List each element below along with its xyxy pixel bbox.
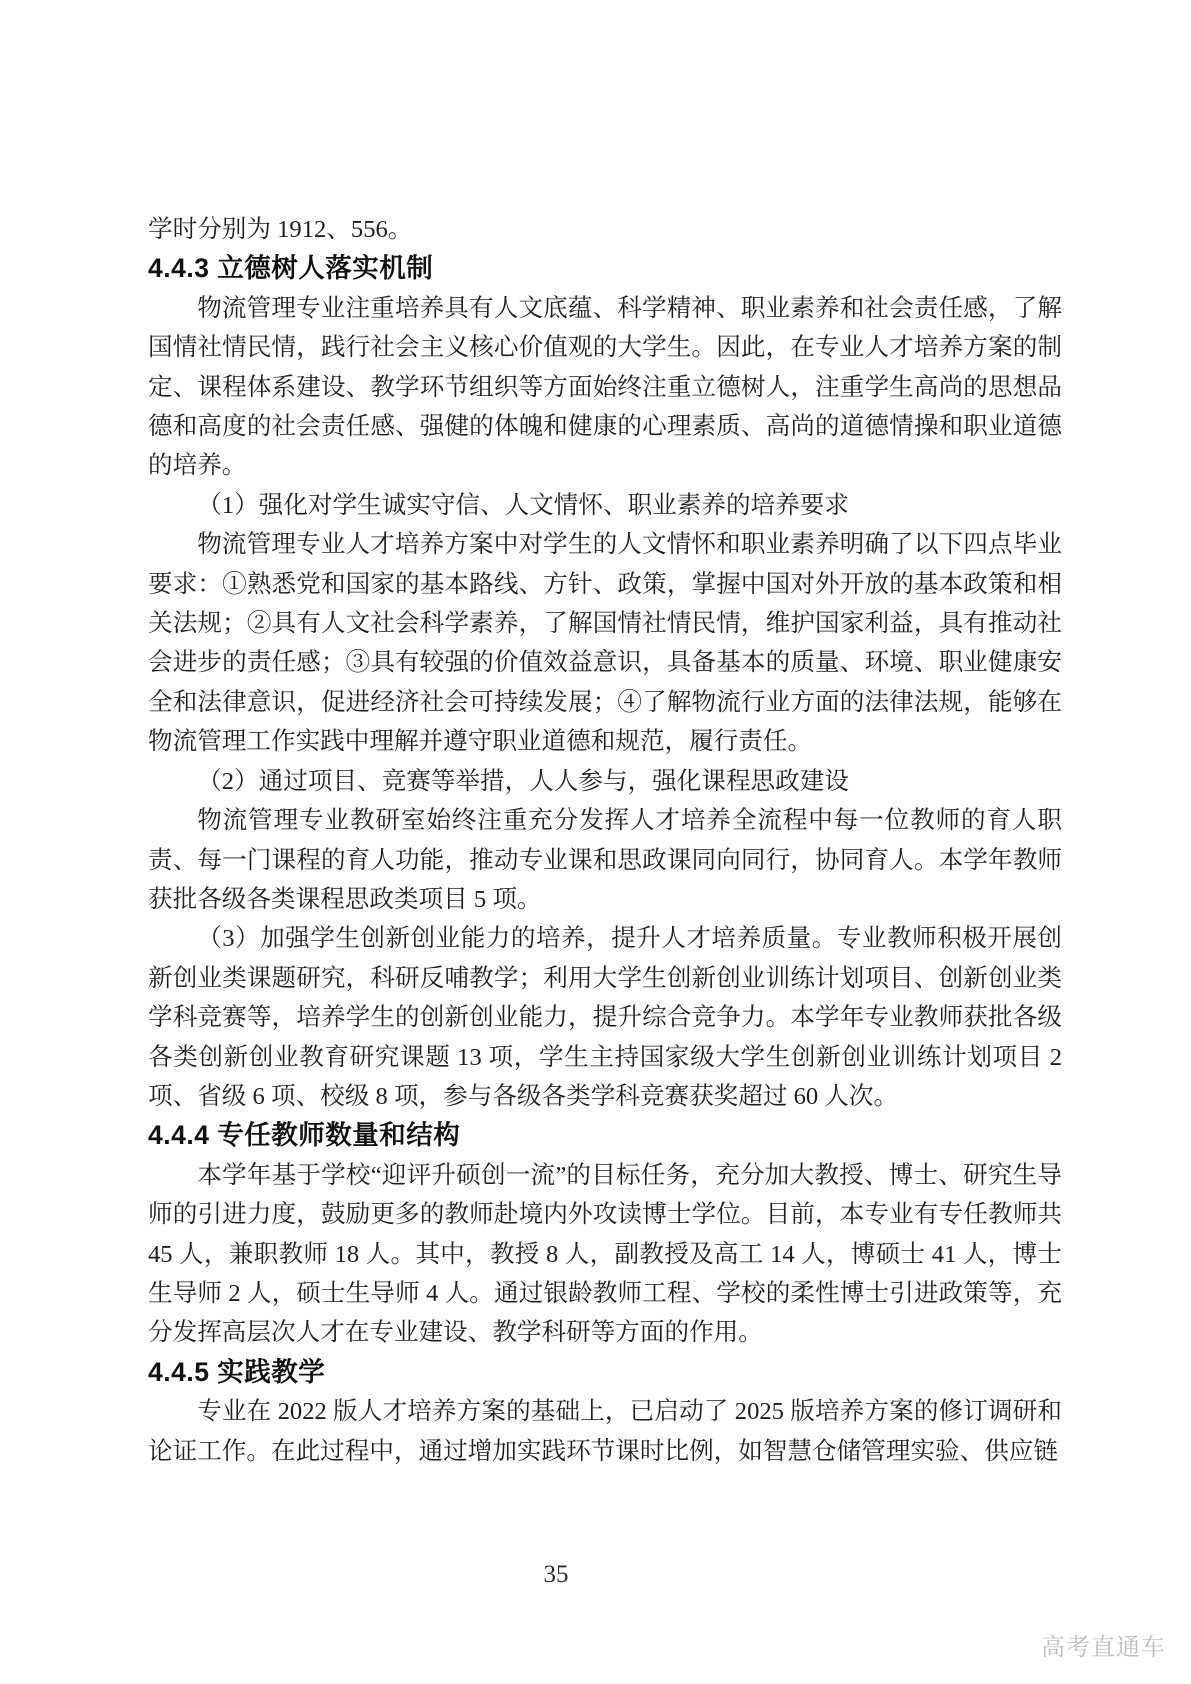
section-heading: 4.4.3 立德树人落实机制 — [148, 249, 1062, 288]
paragraph: 物流管理专业注重培养具有人文底蕴、科学精神、职业素养和社会责任感，了解国情社情民… — [148, 289, 1062, 486]
paragraph: 物流管理专业教研室始终注重充分发挥人才培养全流程中每一位教师的育人职责、每一门课… — [148, 801, 1062, 919]
paragraph: 学时分别为 1912、556。 — [148, 210, 1062, 249]
paragraph: 本学年基于学校“迎评升硕创一流”的目标任务，充分加大教授、博士、研究生导师的引进… — [148, 1156, 1062, 1353]
paragraph: （3）加强学生创新创业能力的培养，提升人才培养质量。专业教师积极开展创新创业类课… — [148, 919, 1062, 1116]
paragraph: （2）通过项目、竞赛等举措，人人参与，强化课程思政建设 — [148, 762, 1062, 801]
document-page: 学时分别为 1912、556。4.4.3 立德树人落实机制物流管理专业注重培养具… — [0, 0, 1191, 1684]
paragraph: 专业在 2022 版人才培养方案的基础上，已启动了 2025 版培养方案的修订调… — [148, 1392, 1062, 1471]
section-heading: 4.4.5 实践教学 — [148, 1353, 1062, 1392]
page-number: 35 — [526, 1561, 586, 1589]
watermark-text: 高考直通车 — [1041, 1627, 1166, 1662]
paragraph: 物流管理专业人才培养方案中对学生的人文情怀和职业素养明确了以下四点毕业要求：①熟… — [148, 525, 1062, 761]
paragraph: （1）强化对学生诚实守信、人文情怀、职业素养的培养要求 — [148, 486, 1062, 525]
document-body: 学时分别为 1912、556。4.4.3 立德树人落实机制物流管理专业注重培养具… — [148, 210, 1062, 1471]
section-heading: 4.4.4 专任教师数量和结构 — [148, 1116, 1062, 1155]
